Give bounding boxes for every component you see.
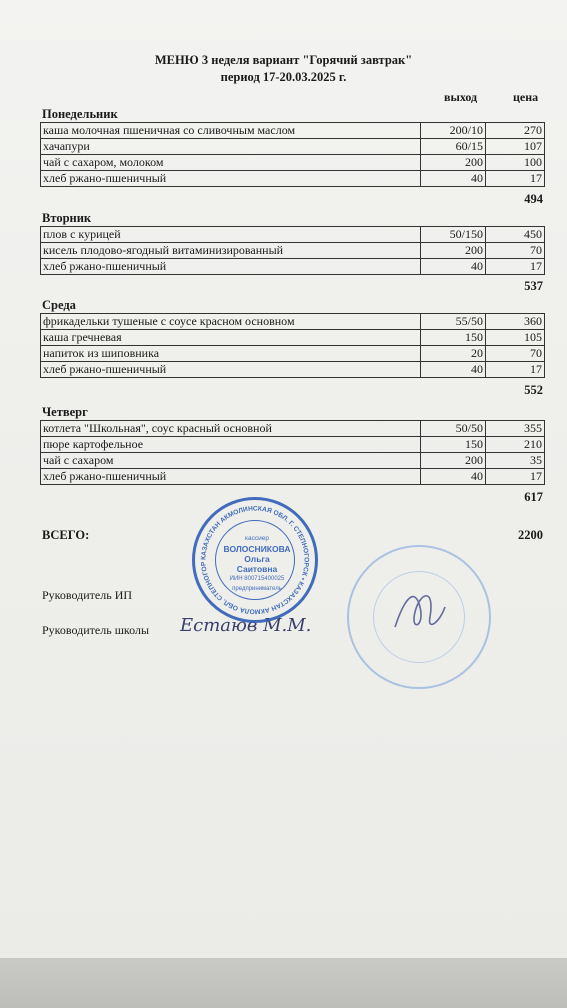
dish-name: каша гречневая bbox=[41, 330, 421, 346]
day-heading: Среда bbox=[42, 298, 76, 313]
dish-name: плов с курицей bbox=[41, 227, 421, 243]
day-total: 494 bbox=[480, 192, 543, 207]
dish-output: 200 bbox=[421, 155, 486, 171]
day-heading: Четверг bbox=[42, 405, 88, 420]
day-heading: Вторник bbox=[42, 211, 91, 226]
table-row: хлеб ржано-пшеничный4017 bbox=[41, 469, 545, 485]
table-row: каша гречневая150105 bbox=[41, 330, 545, 346]
day-total: 617 bbox=[480, 490, 543, 505]
dish-output: 150 bbox=[421, 330, 486, 346]
table-row: чай с сахаром, молоком200100 bbox=[41, 155, 545, 171]
dish-price: 17 bbox=[486, 259, 545, 275]
dish-output: 200/10 bbox=[421, 123, 486, 139]
menu-table: котлета "Школьная", соус красный основно… bbox=[40, 420, 545, 485]
dish-name: хлеб ржано-пшеничный bbox=[41, 259, 421, 275]
dish-output: 50/50 bbox=[421, 421, 486, 437]
dish-name: фрикадельки тушеные с соусе красном осно… bbox=[41, 314, 421, 330]
day-heading: Понедельник bbox=[42, 107, 118, 122]
day-total: 552 bbox=[480, 383, 543, 398]
dish-output: 200 bbox=[421, 453, 486, 469]
column-header-price: цена bbox=[513, 90, 538, 105]
dish-name: хлеб ржано-пшеничный bbox=[41, 469, 421, 485]
dish-output: 150 bbox=[421, 437, 486, 453]
stamp-center: кассиер ВОЛОСНИКОВА Ольга Саитовна ИИН 8… bbox=[217, 534, 297, 594]
table-row: чай с сахаром20035 bbox=[41, 453, 545, 469]
background-surface bbox=[0, 958, 567, 1008]
table-row: котлета "Школьная", соус красный основно… bbox=[41, 421, 545, 437]
dish-price: 70 bbox=[486, 346, 545, 362]
table-row: хлеб ржано-пшеничный4017 bbox=[41, 171, 545, 187]
dish-output: 55/50 bbox=[421, 314, 486, 330]
dish-output: 40 bbox=[421, 469, 486, 485]
dish-name: котлета "Школьная", соус красный основно… bbox=[41, 421, 421, 437]
dish-output: 40 bbox=[421, 171, 486, 187]
document-period: период 17-20.03.2025 г. bbox=[0, 70, 567, 85]
dish-output: 50/150 bbox=[421, 227, 486, 243]
dish-price: 70 bbox=[486, 243, 545, 259]
table-row: хачапури60/15107 bbox=[41, 139, 545, 155]
school-stamp bbox=[347, 545, 491, 689]
dish-price: 450 bbox=[486, 227, 545, 243]
dish-price: 105 bbox=[486, 330, 545, 346]
dish-output: 20 bbox=[421, 346, 486, 362]
dish-price: 35 bbox=[486, 453, 545, 469]
day-total: 537 bbox=[480, 279, 543, 294]
dish-output: 200 bbox=[421, 243, 486, 259]
menu-table: плов с курицей50/150450кисель плодово-яг… bbox=[40, 226, 545, 275]
dish-output: 40 bbox=[421, 259, 486, 275]
table-row: напиток из шиповника2070 bbox=[41, 346, 545, 362]
dish-output: 40 bbox=[421, 362, 486, 378]
dish-name: пюре картофельное bbox=[41, 437, 421, 453]
dish-name: хлеб ржано-пшеничный bbox=[41, 362, 421, 378]
table-row: хлеб ржано-пшеничный4017 bbox=[41, 362, 545, 378]
document-title: МЕНЮ 3 неделя вариант "Горячий завтрак" bbox=[0, 53, 567, 68]
table-row: пюре картофельное150210 bbox=[41, 437, 545, 453]
dish-name: хлеб ржано-пшеничный bbox=[41, 171, 421, 187]
dish-name: чай с сахаром bbox=[41, 453, 421, 469]
table-row: кисель плодово-ягодный витаминизированны… bbox=[41, 243, 545, 259]
dish-output: 60/15 bbox=[421, 139, 486, 155]
dish-price: 17 bbox=[486, 171, 545, 187]
grand-total-value: 2200 bbox=[480, 528, 543, 543]
signature-scribble-icon bbox=[385, 577, 455, 647]
column-header-output: выход bbox=[444, 90, 477, 105]
dish-price: 270 bbox=[486, 123, 545, 139]
table-row: каша молочная пшеничная со сливочным мас… bbox=[41, 123, 545, 139]
dish-name: хачапури bbox=[41, 139, 421, 155]
menu-table: каша молочная пшеничная со сливочным мас… bbox=[40, 122, 545, 187]
dish-price: 210 bbox=[486, 437, 545, 453]
official-stamp: КАЗАХСТАН АКМОЛИНСКАЯ ОБЛ. Г. СТЕПНОГОРС… bbox=[192, 497, 318, 623]
head-ip-label: Руководитель ИП bbox=[42, 588, 132, 603]
head-school-label: Руководитель школы bbox=[42, 623, 149, 638]
dish-price: 17 bbox=[486, 362, 545, 378]
dish-price: 100 bbox=[486, 155, 545, 171]
dish-name: каша молочная пшеничная со сливочным мас… bbox=[41, 123, 421, 139]
dish-price: 107 bbox=[486, 139, 545, 155]
dish-price: 17 bbox=[486, 469, 545, 485]
dish-price: 355 bbox=[486, 421, 545, 437]
dish-name: кисель плодово-ягодный витаминизированны… bbox=[41, 243, 421, 259]
grand-total-label: ВСЕГО: bbox=[42, 528, 89, 543]
dish-price: 360 bbox=[486, 314, 545, 330]
dish-name: чай с сахаром, молоком bbox=[41, 155, 421, 171]
dish-name: напиток из шиповника bbox=[41, 346, 421, 362]
menu-table: фрикадельки тушеные с соусе красном осно… bbox=[40, 313, 545, 378]
table-row: плов с курицей50/150450 bbox=[41, 227, 545, 243]
table-row: фрикадельки тушеные с соусе красном осно… bbox=[41, 314, 545, 330]
table-row: хлеб ржано-пшеничный4017 bbox=[41, 259, 545, 275]
